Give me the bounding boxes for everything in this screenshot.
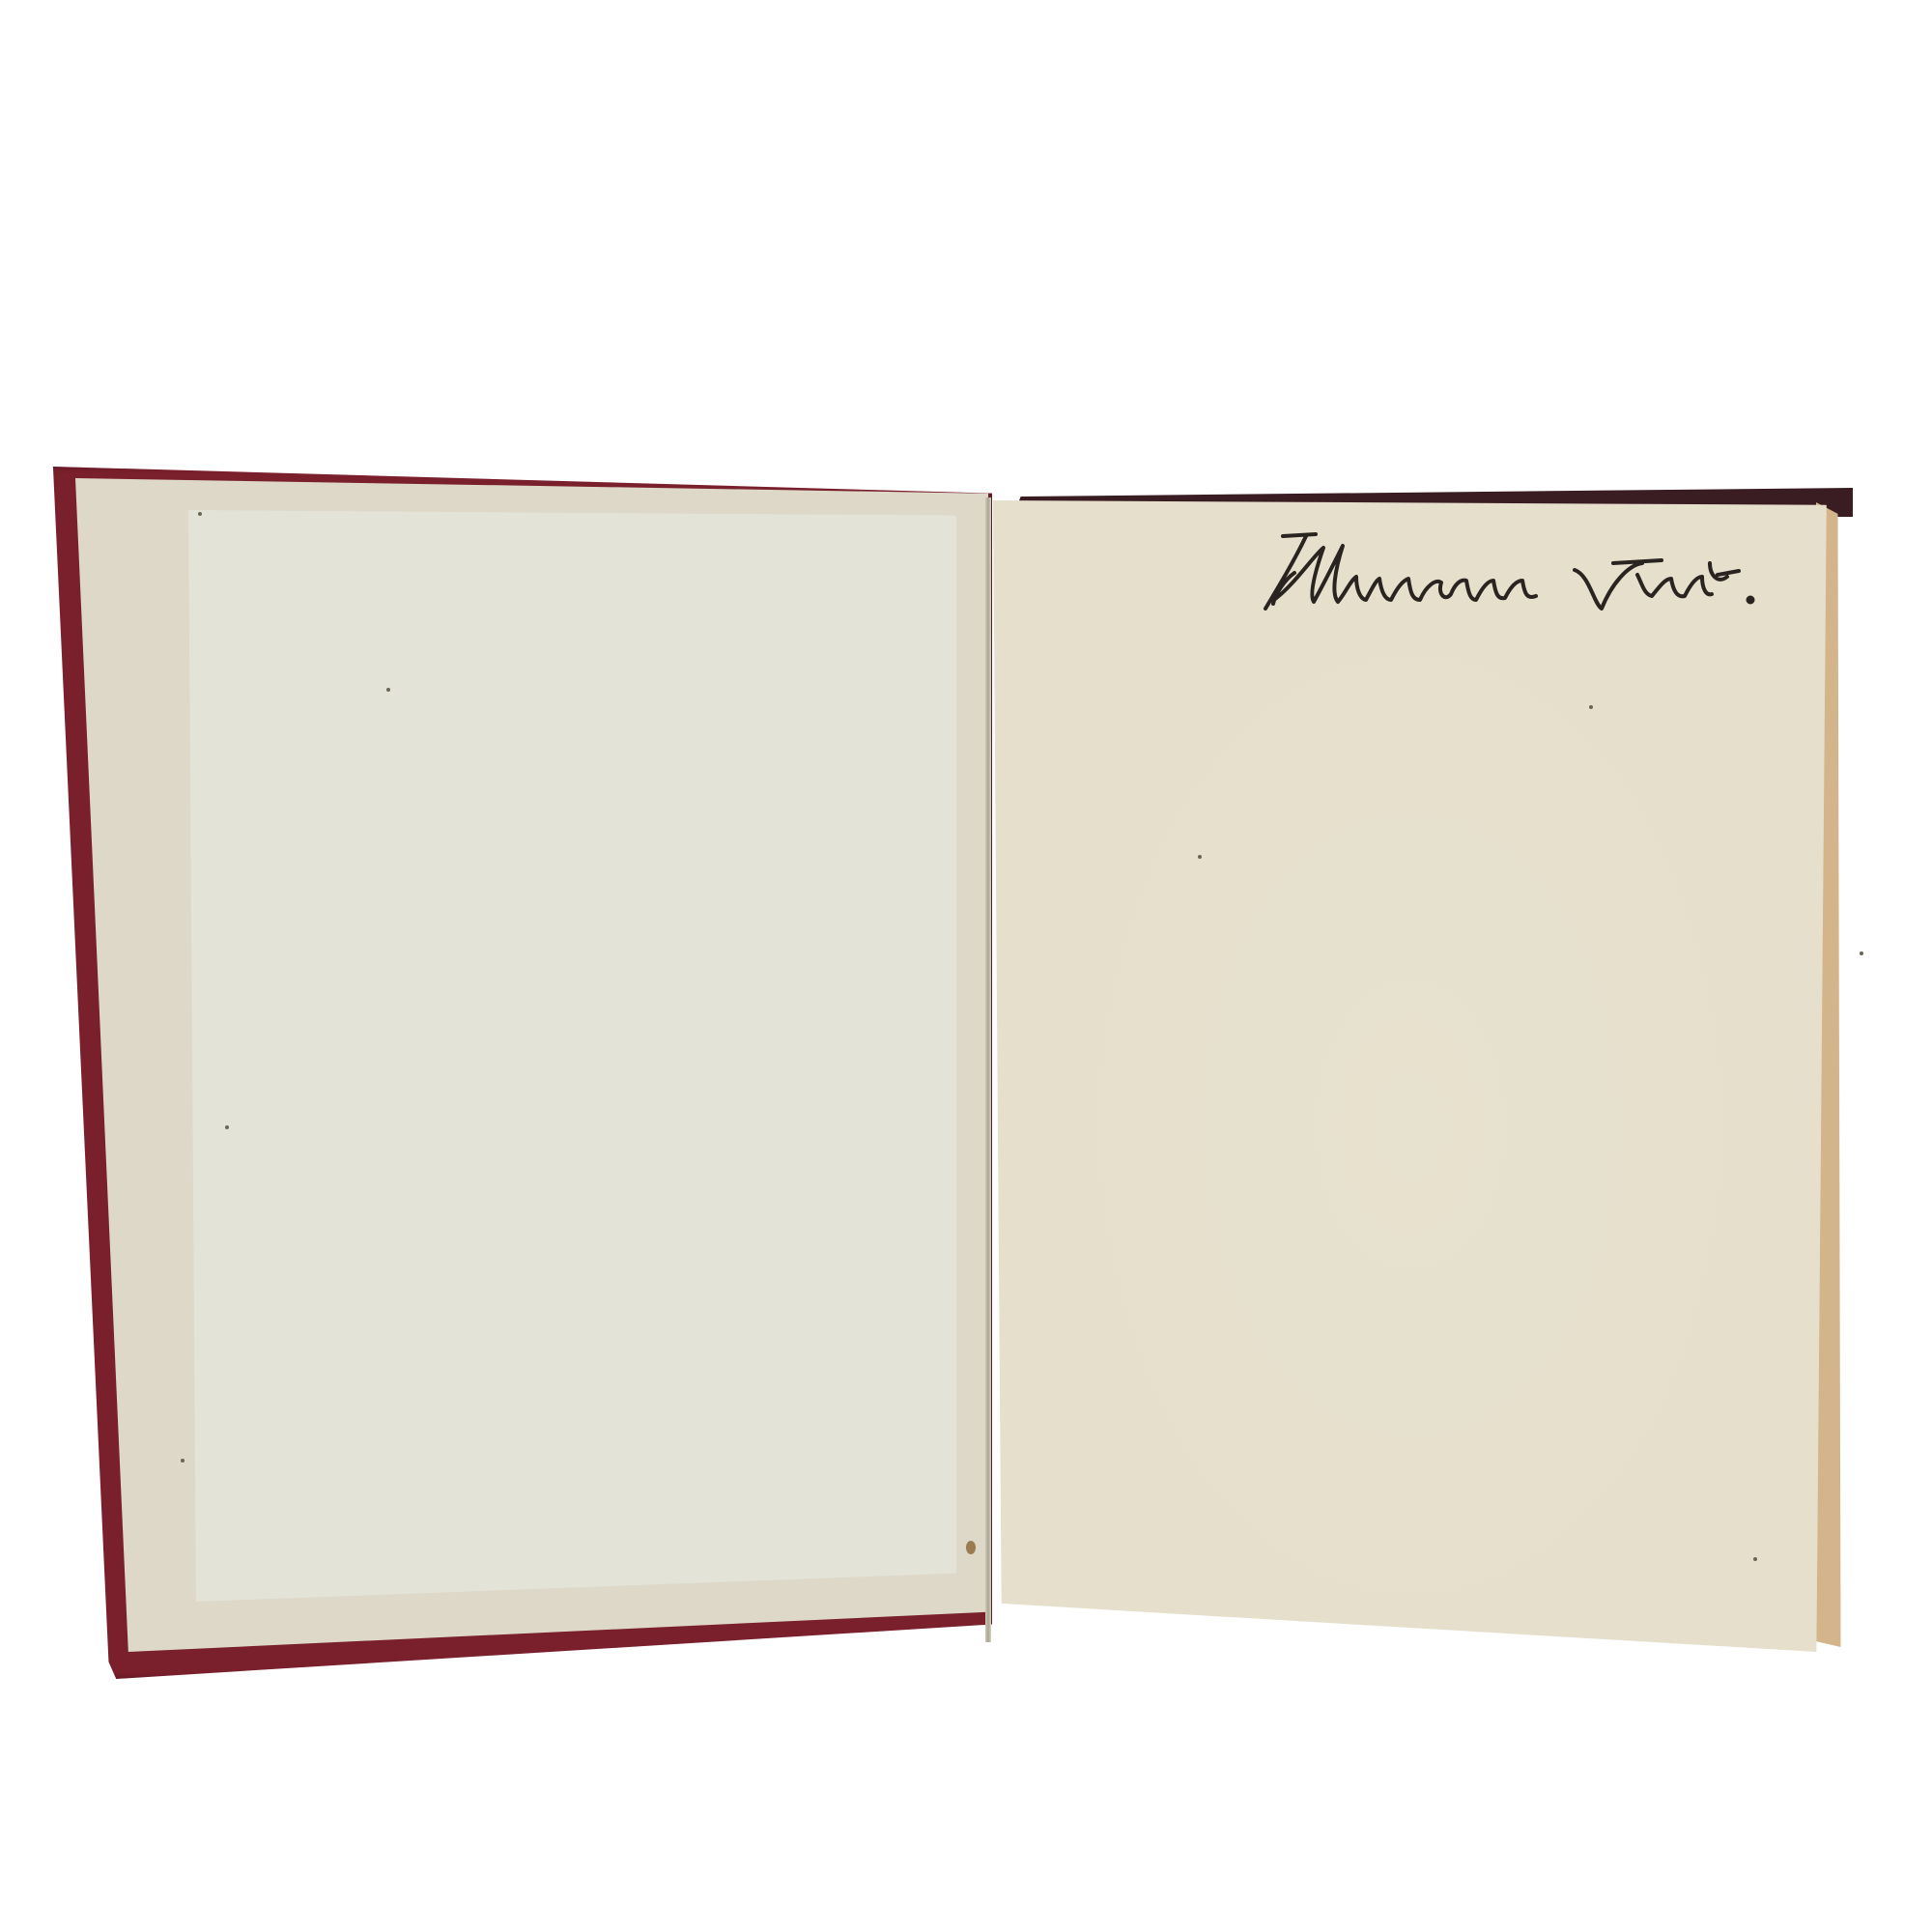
right-endpaper-tone	[1024, 541, 1797, 1604]
paper-speck	[225, 1125, 229, 1129]
paper-speck	[198, 512, 202, 516]
gutter-stain	[966, 1541, 976, 1554]
inscription-text: Hellmann Sind.	[1256, 517, 1262, 518]
paper-speck	[181, 1459, 185, 1463]
paper-speck	[386, 688, 390, 692]
paper-speck	[1198, 855, 1202, 859]
paper-speck	[1860, 952, 1863, 955]
left-pastedown-inner-panel	[188, 510, 956, 1602]
book-gutter	[985, 497, 991, 1642]
paper-speck	[1753, 1557, 1757, 1561]
paper-speck	[1589, 705, 1593, 709]
book-photo: Hellmann Sind.	[0, 0, 1932, 1932]
handwritten-inscription: Hellmann Sind.	[1256, 517, 1816, 623]
